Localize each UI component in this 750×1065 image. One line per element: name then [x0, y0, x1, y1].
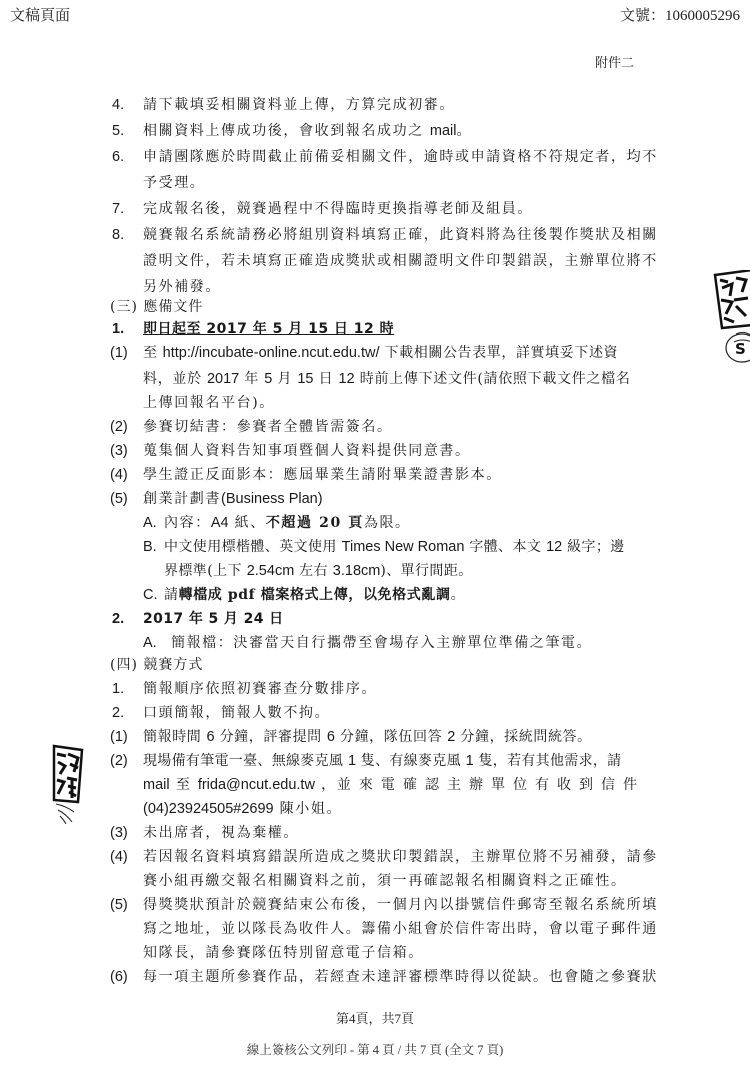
rule-number: (5): [110, 896, 128, 914]
item-text: 證明文件，若未填寫正確造成獎狀或相關證明文件印製錯誤，主辦單位將不: [143, 252, 658, 270]
subitem-text: 界標準(上下 2.54cm 左右 3.18cm)、單行間距。: [164, 562, 473, 580]
subitem-label: A.: [143, 634, 157, 652]
doc-number: (3): [110, 442, 128, 460]
item-text: 予受理。: [143, 174, 205, 192]
item-text: 請下載填妥相關資料並上傳，方算完成初審。: [143, 96, 455, 114]
seal-icon: S: [712, 270, 750, 365]
rule-text: 簡報時間 6 分鐘，評審提問 6 分鐘，隊伍回答 2 分鐘，採統問統答。: [143, 728, 592, 746]
deadline-date: 2017 年 5 月 24 日: [143, 610, 284, 628]
item-number: 7.: [112, 200, 124, 218]
rule-number: (6): [110, 968, 128, 986]
subitem-label: C.: [143, 586, 158, 604]
subitem-text: 請轉檔成 pdf 檔案格式上傳，以免格式亂調。: [164, 586, 465, 604]
item-number: 6.: [112, 148, 124, 166]
item-number: 5.: [112, 122, 124, 140]
svg-text:S: S: [735, 340, 746, 358]
doc-number: (1): [110, 344, 128, 362]
doc-text: 創業計劃書(Business Plan): [143, 490, 323, 508]
item-number: 1.: [112, 680, 124, 698]
item-number: 4.: [112, 96, 124, 114]
subitem-text: 簡報檔：決審當天自行攜帶至會場存入主辦單位準備之筆電。: [171, 634, 592, 652]
doc-text: 至 http://incubate-online.ncut.edu.tw/ 下載…: [143, 344, 618, 362]
subitem-text: 內容：A4 紙、不超過 20 頁為限。: [164, 514, 411, 532]
contact-email[interactable]: frida@ncut.edu.tw: [198, 777, 315, 793]
print-footer: 線上簽核公文列印 - 第 4 頁 / 共 7 頁 (全文 7 頁): [0, 1040, 750, 1058]
item-number: 2.: [112, 704, 124, 722]
rule-text: 若因報名資料填寫錯誤所造成之獎狀印製錯誤，主辦單位將不另補發，請參: [143, 848, 658, 866]
doc-number: (4): [110, 466, 128, 484]
rule-number: (3): [110, 824, 128, 842]
doc-number: (5): [110, 490, 128, 508]
doc-text: 參賽切結書：參賽者全體皆需簽名。: [143, 418, 393, 436]
attachment-label: 附件二: [595, 52, 634, 71]
rule-text: 得獎獎狀預計於競賽結束公布後，一個月內以掛號信件郵寄至報名系統所填: [143, 896, 658, 914]
deadline-number: 2.: [112, 610, 124, 628]
section-heading: (四) 競賽方式: [110, 656, 203, 674]
doc-number: (2): [110, 418, 128, 436]
rule-text: 寫之地址，並以隊長為收件人。籌備小組會於信件寄出時，會以電子郵件通: [143, 920, 658, 938]
rule-text: 知隊長，請參賽隊伍特別留意電子信箱。: [143, 944, 424, 962]
rule-number: (2): [110, 752, 128, 770]
deadline-date: 即日起至 2017 年 5 月 15 日 12 時: [143, 320, 394, 338]
item-text: 相關資料上傳成功後，會收到報名成功之 mail。: [143, 122, 472, 140]
item-text: 申請團隊應於時間截止前備妥相關文件，逾時或申請資格不符規定者，均不: [143, 148, 658, 166]
item-text: 另外補發。: [143, 278, 221, 296]
item-text: 完成報名後，競賽過程中不得臨時更換指導老師及組員。: [143, 200, 533, 218]
subitem-label: A.: [143, 514, 157, 532]
rule-text: (04)23924505#2699 陳小姐。: [143, 800, 342, 818]
rule-text: 未出席者，視為棄權。: [143, 824, 299, 842]
rule-text: mail 至 frida@ncut.edu.tw ，並 來 電 確 認 主 辦 …: [143, 776, 637, 794]
document-number: 文號：1060005296: [620, 4, 740, 25]
right-seal-stamp: S: [712, 270, 750, 365]
page-type-label: 文稿頁面: [10, 4, 70, 25]
page-number: 第4頁，共7頁: [0, 1008, 750, 1027]
doc-text: 學生證正反面影本：應屆畢業生請附畢業證書影本。: [143, 466, 502, 484]
section-heading: (三) 應備文件: [110, 298, 203, 316]
rule-text: 賽小組再繳交報名相關資料之前，須一再確認報名相關資料之正確性。: [143, 872, 627, 890]
download-link[interactable]: http://incubate-online.ncut.edu.tw/: [163, 345, 380, 361]
rule-text: 每一項主題所參賽作品，若經查未達評審標準時得以從缺。也會隨之參賽狀: [143, 968, 658, 986]
doc-text: 上傳回報名平台)。: [143, 394, 275, 412]
subitem-label: B.: [143, 538, 157, 556]
doc-text: 料，並於 2017 年 5 月 15 日 12 時前上傳下述文件(請依照下載文件…: [143, 370, 631, 388]
seal-icon: [52, 744, 92, 824]
doc-text: 蒐集個人資料告知事項暨個人資料提供同意書。: [143, 442, 471, 460]
rule-number: (4): [110, 848, 128, 866]
deadline-number: 1.: [112, 320, 124, 338]
item-text: 競賽報名系統請務必將組別資料填寫正確，此資料將為往後製作獎狀及相關: [143, 226, 658, 244]
subitem-text: 中文使用標楷體、英文使用 Times New Roman 字體、本文 12 級字…: [164, 538, 625, 556]
item-number: 8.: [112, 226, 124, 244]
left-seal-stamp: [52, 744, 92, 824]
rule-number: (1): [110, 728, 128, 746]
item-text: 簡報順序依照初賽審查分數排序。: [143, 680, 377, 698]
rule-text: 現場備有筆電一臺、無線麥克風 1 隻、有線麥克風 1 隻，若有其他需求，請: [143, 752, 621, 770]
item-text: 口頭簡報，簡報人數不拘。: [143, 704, 330, 722]
